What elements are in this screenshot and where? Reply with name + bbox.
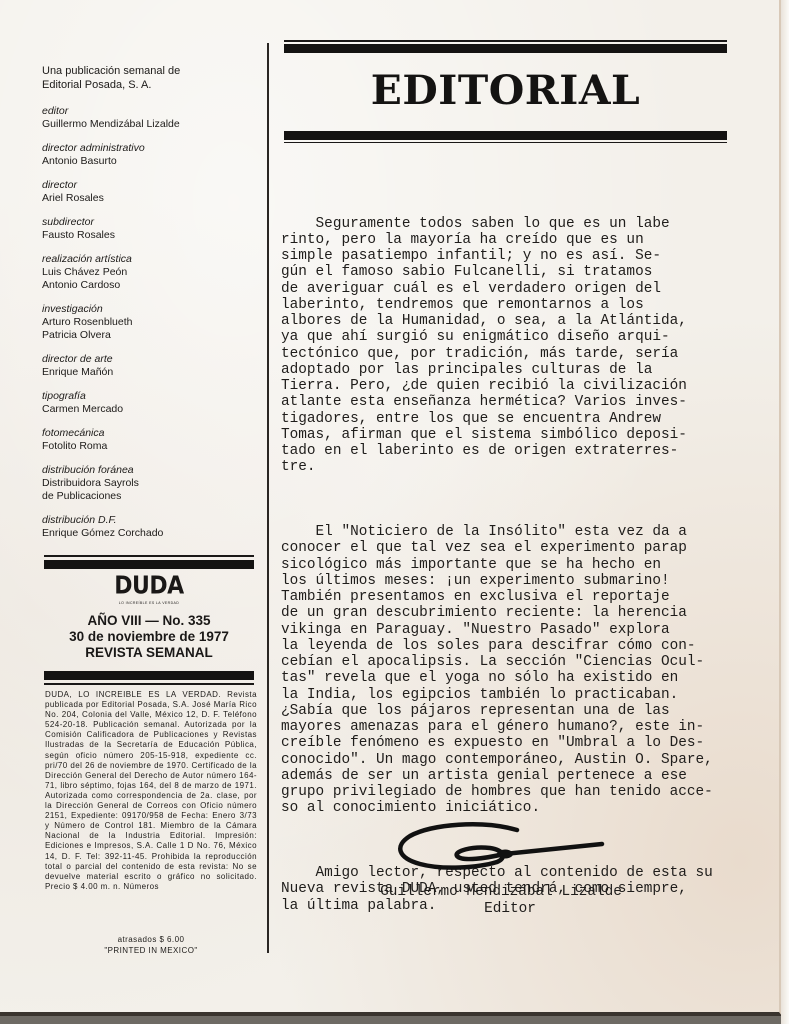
staff-name: Luis Chávez Peón — [42, 266, 254, 279]
thin-rule — [284, 142, 727, 144]
printed-in-mexico: "PRINTED IN MEXICO" — [45, 946, 257, 957]
issue-date: 30 de noviembre de 1977 — [44, 629, 254, 645]
staff-entry: distribución D.F.Enrique Gómez Corchado — [42, 514, 254, 540]
staff-name: Distribuidora Sayrols — [42, 477, 254, 490]
staff-role: investigación — [42, 303, 254, 316]
magazine-page: Una publicación semanal de Editorial Pos… — [0, 0, 782, 1016]
staff-name: Antonio Cardoso — [42, 279, 254, 292]
duda-logo: DUDA — [114, 574, 183, 601]
staff-name: de Publicaciones — [42, 490, 254, 503]
staff-entry: director administrativoAntonio Basurto — [42, 142, 254, 168]
staff-role: realización artística — [42, 253, 254, 266]
editorial-title: EDITORIAL — [280, 71, 732, 111]
signature-name: Guillermo Mendizábal Lizalde — [281, 884, 721, 901]
staff-name: Patricia Olvera — [42, 329, 254, 342]
thin-rule — [44, 683, 254, 685]
legal-notice-tail: atrasados $ 6.00 "PRINTED IN MEXICO" — [45, 935, 257, 956]
legal-notice: DUDA, LO INCREIBLE ES LA VERDAD. Revista… — [45, 690, 257, 892]
staff-name: Antonio Basurto — [42, 155, 254, 168]
staff-role: distribución foránea — [42, 464, 254, 477]
staff-entry: realización artísticaLuis Chávez PeónAnt… — [42, 253, 254, 292]
issue-number: AÑO VIII — No. 335 — [44, 613, 254, 629]
thin-rule — [44, 555, 254, 557]
staff-role: director administrativo — [42, 142, 254, 155]
editorial-paragraph: El "Noticiero de la Insólito" esta vez d… — [281, 524, 771, 817]
staff-role: tipografía — [42, 390, 254, 403]
staff-name: Fausto Rosales — [42, 229, 254, 242]
staff-role: distribución D.F. — [42, 514, 254, 527]
masthead: Una publicación semanal de Editorial Pos… — [42, 64, 254, 551]
thick-rule — [284, 44, 727, 53]
staff-role: fotomecánica — [42, 427, 254, 440]
thick-rule — [44, 560, 254, 569]
column-divider — [267, 43, 269, 953]
staff-name: Guillermo Mendizábal Lizalde — [42, 118, 254, 131]
staff-entry: fotomecánicaFotolito Roma — [42, 427, 254, 453]
staff-name: Arturo Rosenblueth — [42, 316, 254, 329]
staff-entry: editorGuillermo Mendizábal Lizalde — [42, 105, 254, 131]
thick-rule — [44, 671, 254, 680]
staff-name: Carmen Mercado — [42, 403, 254, 416]
issue-frequency: REVISTA SEMANAL — [44, 645, 254, 661]
staff-role: editor — [42, 105, 254, 118]
signature-icon — [392, 818, 622, 878]
staff-name: Enrique Gómez Corchado — [42, 527, 254, 540]
staff-entry: distribución foráneaDistribuidora Sayrol… — [42, 464, 254, 503]
signature-title: Editor — [281, 901, 739, 918]
page-edge — [781, 0, 789, 1024]
duda-tagline: Lo increíble es la verdad — [44, 601, 254, 606]
staff-role: director de arte — [42, 353, 254, 366]
staff-role: subdirector — [42, 216, 254, 229]
colophon-top-rules — [44, 555, 254, 569]
staff-role: director — [42, 179, 254, 192]
staff-name: Fotolito Roma — [42, 440, 254, 453]
staff-entry: subdirectorFausto Rosales — [42, 216, 254, 242]
staff-list: editorGuillermo Mendizábal Lizaldedirect… — [42, 105, 254, 540]
editorial-header: EDITORIAL — [284, 40, 727, 143]
editorial-paragraph: Seguramente todos saben lo que es un lab… — [281, 216, 771, 476]
staff-entry: directorAriel Rosales — [42, 179, 254, 205]
staff-entry: tipografíaCarmen Mercado — [42, 390, 254, 416]
staff-entry: director de arteEnrique Mañón — [42, 353, 254, 379]
colophon-bottom-rules — [44, 671, 254, 685]
staff-entry: investigaciónArturo RosenbluethPatricia … — [42, 303, 254, 342]
publisher-intro: Una publicación semanal de Editorial Pos… — [42, 64, 254, 92]
back-issues-price: atrasados $ 6.00 — [45, 935, 257, 946]
staff-name: Enrique Mañón — [42, 366, 254, 379]
staff-name: Ariel Rosales — [42, 192, 254, 205]
issue-block: DUDA Lo increíble es la verdad AÑO VIII … — [44, 575, 254, 661]
thick-rule — [284, 131, 727, 140]
